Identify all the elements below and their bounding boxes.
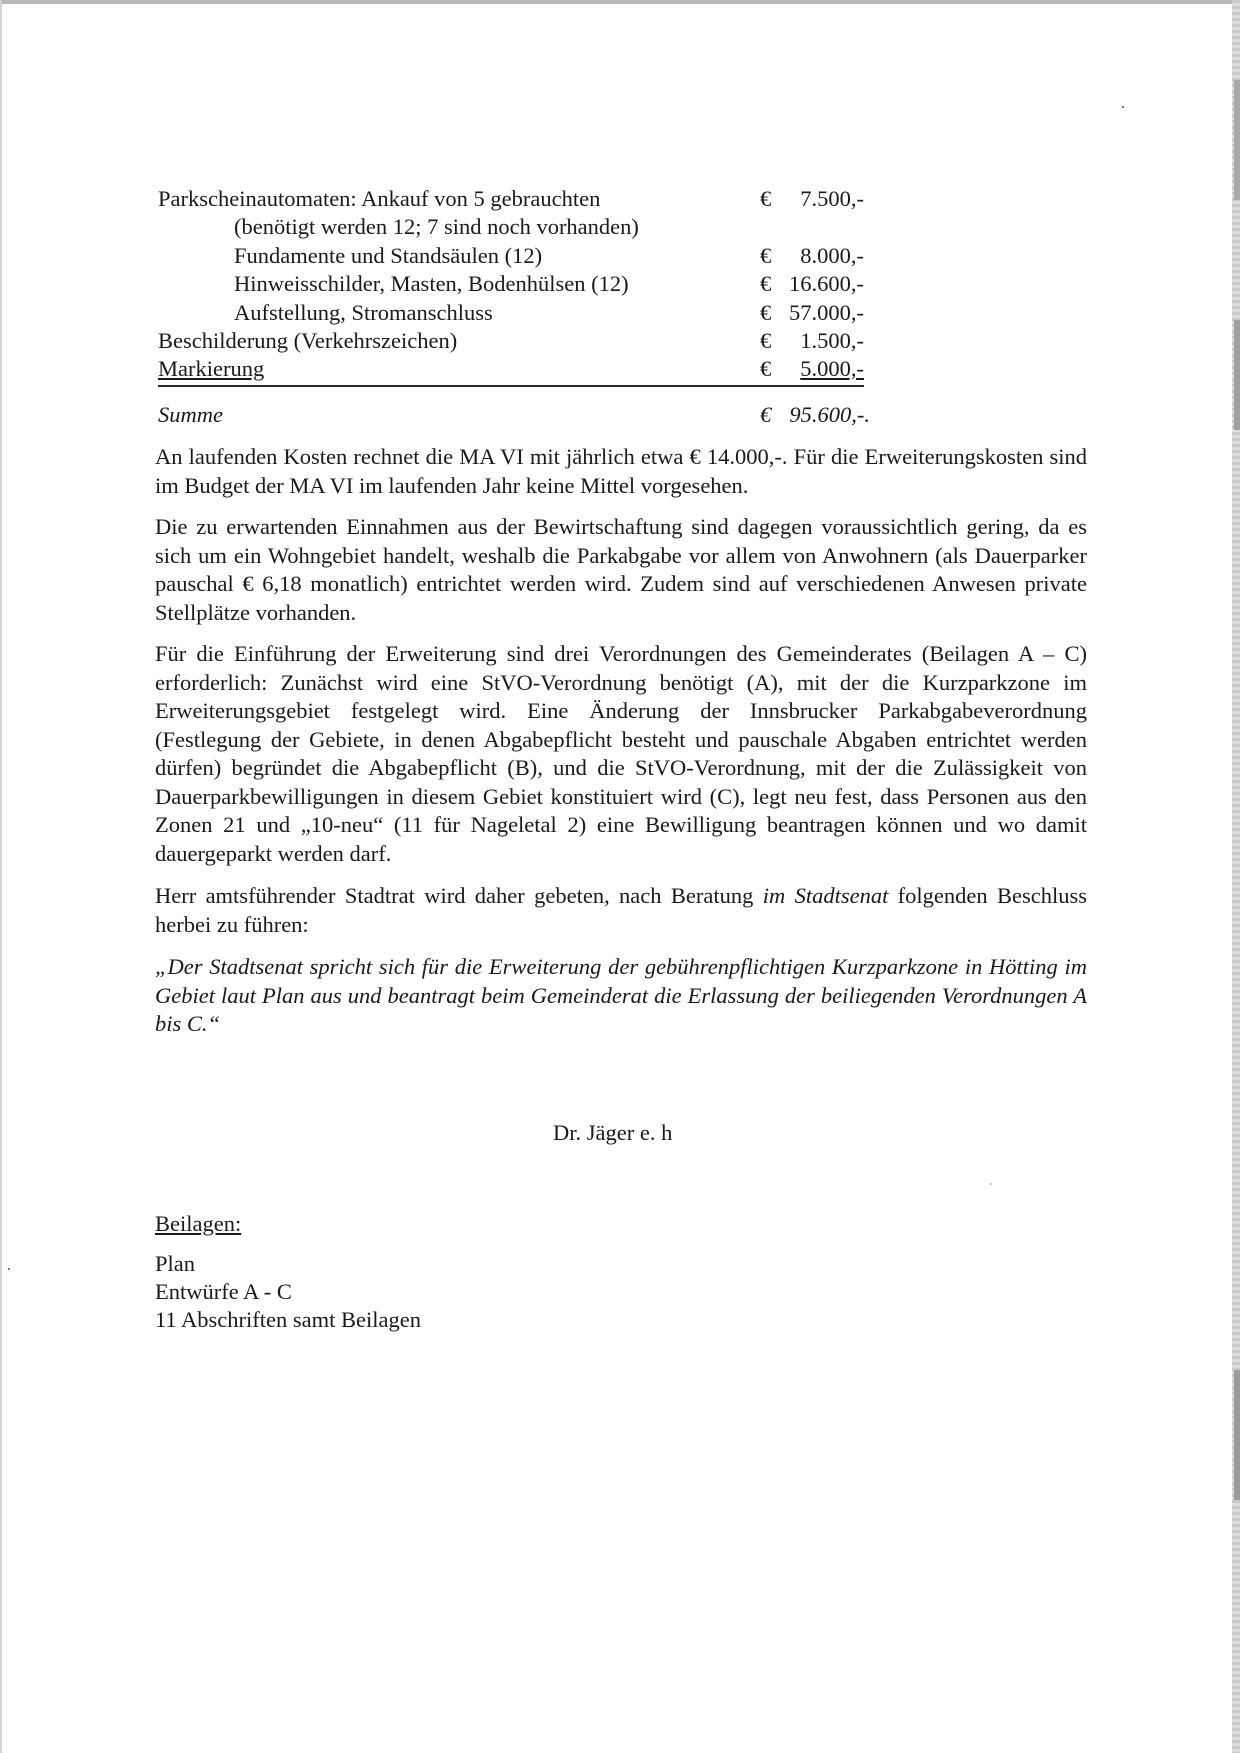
attachment-item: Entwürfe A - C [155, 1278, 421, 1306]
cost-label: Aufstellung, Stromanschluss [234, 300, 493, 326]
cost-amount: 7.500,- [800, 186, 864, 212]
cost-row: Aufstellung, Stromanschluss €57.000,- [158, 300, 864, 328]
signature: Dr. Jäger e. h [553, 1120, 672, 1146]
total-label: Summe [158, 402, 223, 428]
cost-label: Parkscheinautomaten: Ankauf von 5 gebrau… [158, 186, 600, 212]
resolution-text: „Der Stadtsenat spricht sich für die Erw… [155, 953, 1087, 1039]
cost-row: Parkscheinautomaten: Ankauf von 5 gebrau… [158, 186, 864, 214]
paragraph-text: An laufenden Kosten rechnet die MA VI mi… [155, 443, 1087, 500]
cost-row: (benötigt werden 12; 7 sind noch vorhand… [158, 214, 864, 242]
total-divider [158, 385, 864, 387]
currency-symbol: € [760, 402, 771, 428]
scan-artifact [1234, 1370, 1240, 1500]
scan-border-top [0, 0, 1240, 4]
cost-row: Fundamente und Standsäulen (12) €8.000,- [158, 243, 864, 271]
cost-amount: 8.000,- [800, 243, 864, 269]
paragraph-ordinances: Für die Einführung der Erweiterung sind … [155, 640, 1087, 868]
paragraph-text: Herr amtsführender Stadtrat wird daher g… [155, 882, 1087, 939]
cost-label: Hinweisschilder, Masten, Bodenhülsen (12… [234, 271, 629, 297]
cost-label: Markierung [158, 356, 264, 382]
cost-row: Hinweisschilder, Masten, Bodenhülsen (12… [158, 271, 864, 299]
cost-amount: 5.000,- [800, 356, 864, 382]
emphasis: im Stadtsenat [763, 883, 889, 908]
scan-border-left [0, 0, 2, 1753]
attachments-list: Plan Entwürfe A - C 11 Abschriften samt … [155, 1250, 421, 1334]
paragraph-running-costs: An laufenden Kosten rechnet die MA VI mi… [155, 443, 1087, 500]
currency-symbol: € [760, 243, 771, 269]
paragraph-revenue: Die zu erwartenden Einnahmen aus der Bew… [155, 513, 1087, 627]
cost-label: Fundamente und Standsäulen (12) [234, 243, 542, 269]
currency-symbol: € [760, 356, 771, 382]
cost-label: Beschilderung (Verkehrszeichen) [158, 328, 457, 354]
cost-row: Markierung €5.000,- [158, 356, 864, 384]
currency-symbol: € [760, 300, 771, 326]
attachments-heading: Beilagen: [155, 1211, 241, 1237]
cost-amount: 16.600,- [789, 271, 864, 297]
scan-artifact [1234, 320, 1240, 430]
resolution-quote: „Der Stadtsenat spricht sich für die Erw… [155, 953, 1087, 1039]
currency-symbol: € [760, 271, 771, 297]
cost-amount: 1.500,- [800, 328, 864, 354]
currency-symbol: € [760, 186, 771, 212]
paragraph-text: Für die Einführung der Erweiterung sind … [155, 640, 1087, 868]
scan-speck [1122, 106, 1124, 108]
currency-symbol: € [760, 328, 771, 354]
cost-label: (benötigt werden 12; 7 sind noch vorhand… [234, 214, 639, 240]
scan-speck [8, 1268, 10, 1270]
paragraph-request: Herr amtsführender Stadtrat wird daher g… [155, 882, 1087, 939]
scan-artifact [1234, 80, 1240, 200]
total-amount: 95.600,-. [789, 402, 870, 428]
cost-amount: 57.000,- [789, 300, 864, 326]
scan-speck [990, 1183, 992, 1185]
attachment-item: 11 Abschriften samt Beilagen [155, 1306, 421, 1334]
paragraph-text: Die zu erwartenden Einnahmen aus der Bew… [155, 513, 1087, 627]
cost-total-row: Summe €95.600,-. [158, 402, 864, 430]
cost-row: Beschilderung (Verkehrszeichen) €1.500,- [158, 328, 864, 356]
attachment-item: Plan [155, 1250, 421, 1278]
